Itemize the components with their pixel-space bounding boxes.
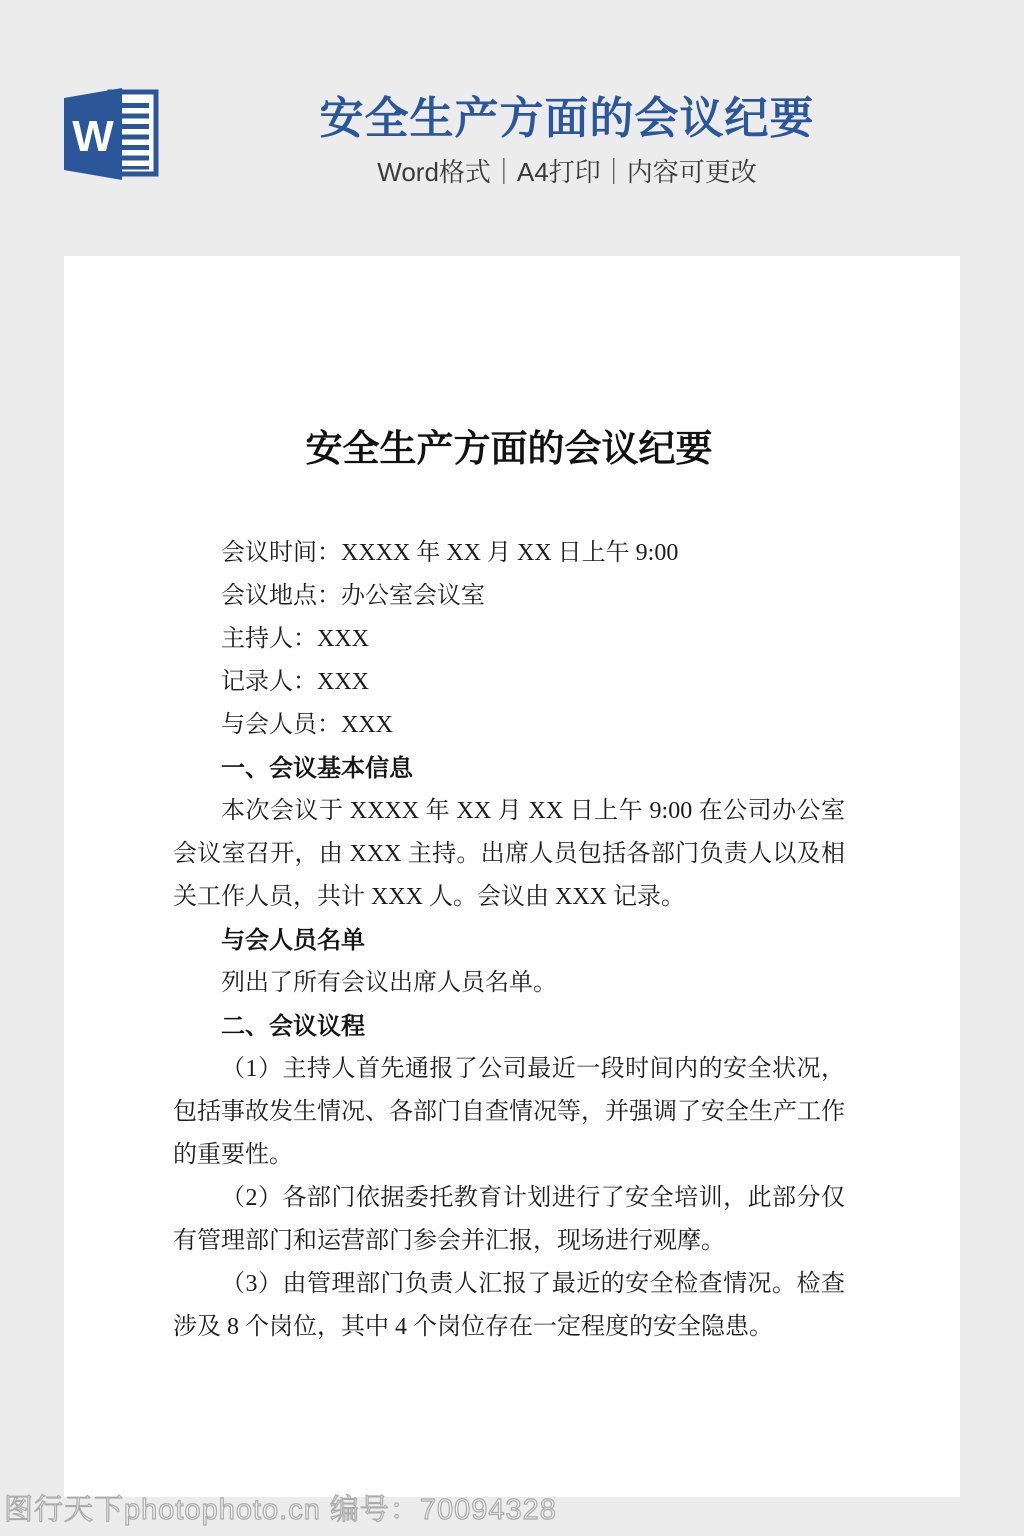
- doc-paragraph-agenda-3: （3）由管理部门负责人汇报了最近的安全检查情况。检查涉及 8 个岗位，其中 4 …: [173, 1263, 845, 1349]
- doc-paragraph-agenda-1: （1）主持人首先通报了公司最近一段时间内的安全状况，包括事故发生情况、各部门自查…: [173, 1048, 845, 1177]
- doc-paragraph-agenda-2: （2）各部门依据委托教育计划进行了安全培训，此部分仅有管理部门和运营部门参会并汇…: [173, 1177, 845, 1263]
- doc-heading-agenda: 二、会议议程: [173, 1005, 845, 1048]
- header-text-block: 安全生产方面的会议纪要 Word格式｜A4打印｜内容可更改: [110, 94, 1024, 188]
- doc-line-meeting-time: 会议时间：XXXX 年 XX 月 XX 日上午 9:00: [173, 532, 845, 575]
- template-title: 安全生产方面的会议纪要: [110, 94, 1024, 145]
- template-format-info: Word格式｜A4打印｜内容可更改: [110, 157, 1024, 188]
- doc-line-meeting-place: 会议地点：办公室会议室: [173, 575, 845, 618]
- site-watermark: 图行天下photophoto.cn 编号：70094328: [4, 1487, 557, 1528]
- doc-paragraph-basic-info: 本次会议于 XXXX 年 XX 月 XX 日上午 9:00 在公司办公室会议室召…: [173, 790, 845, 919]
- doc-line-host: 主持人：XXX: [173, 618, 845, 661]
- doc-line-recorder: 记录人：XXX: [173, 661, 845, 704]
- svg-text:W: W: [72, 112, 114, 161]
- document-page: 安全生产方面的会议纪要 会议时间：XXXX 年 XX 月 XX 日上午 9:00…: [64, 256, 960, 1497]
- document-body: 会议时间：XXXX 年 XX 月 XX 日上午 9:00 会议地点：办公室会议室…: [173, 532, 845, 1349]
- template-header: W 安全生产方面的会议纪要 Word格式｜A4打印｜内容可更改: [0, 0, 1024, 256]
- doc-heading-attendee-list: 与会人员名单: [173, 919, 845, 962]
- doc-line-attendees: 与会人员：XXX: [173, 704, 845, 747]
- doc-paragraph-attendee-list: 列出了所有会议出席人员名单。: [173, 962, 845, 1005]
- doc-heading-basic-info: 一、会议基本信息: [173, 747, 845, 790]
- template-preview-screen: W 安全生产方面的会议纪要 Word格式｜A4打印｜内容可更改 安全生产方面的会…: [0, 0, 1024, 1536]
- document-title: 安全生产方面的会议纪要: [173, 426, 845, 474]
